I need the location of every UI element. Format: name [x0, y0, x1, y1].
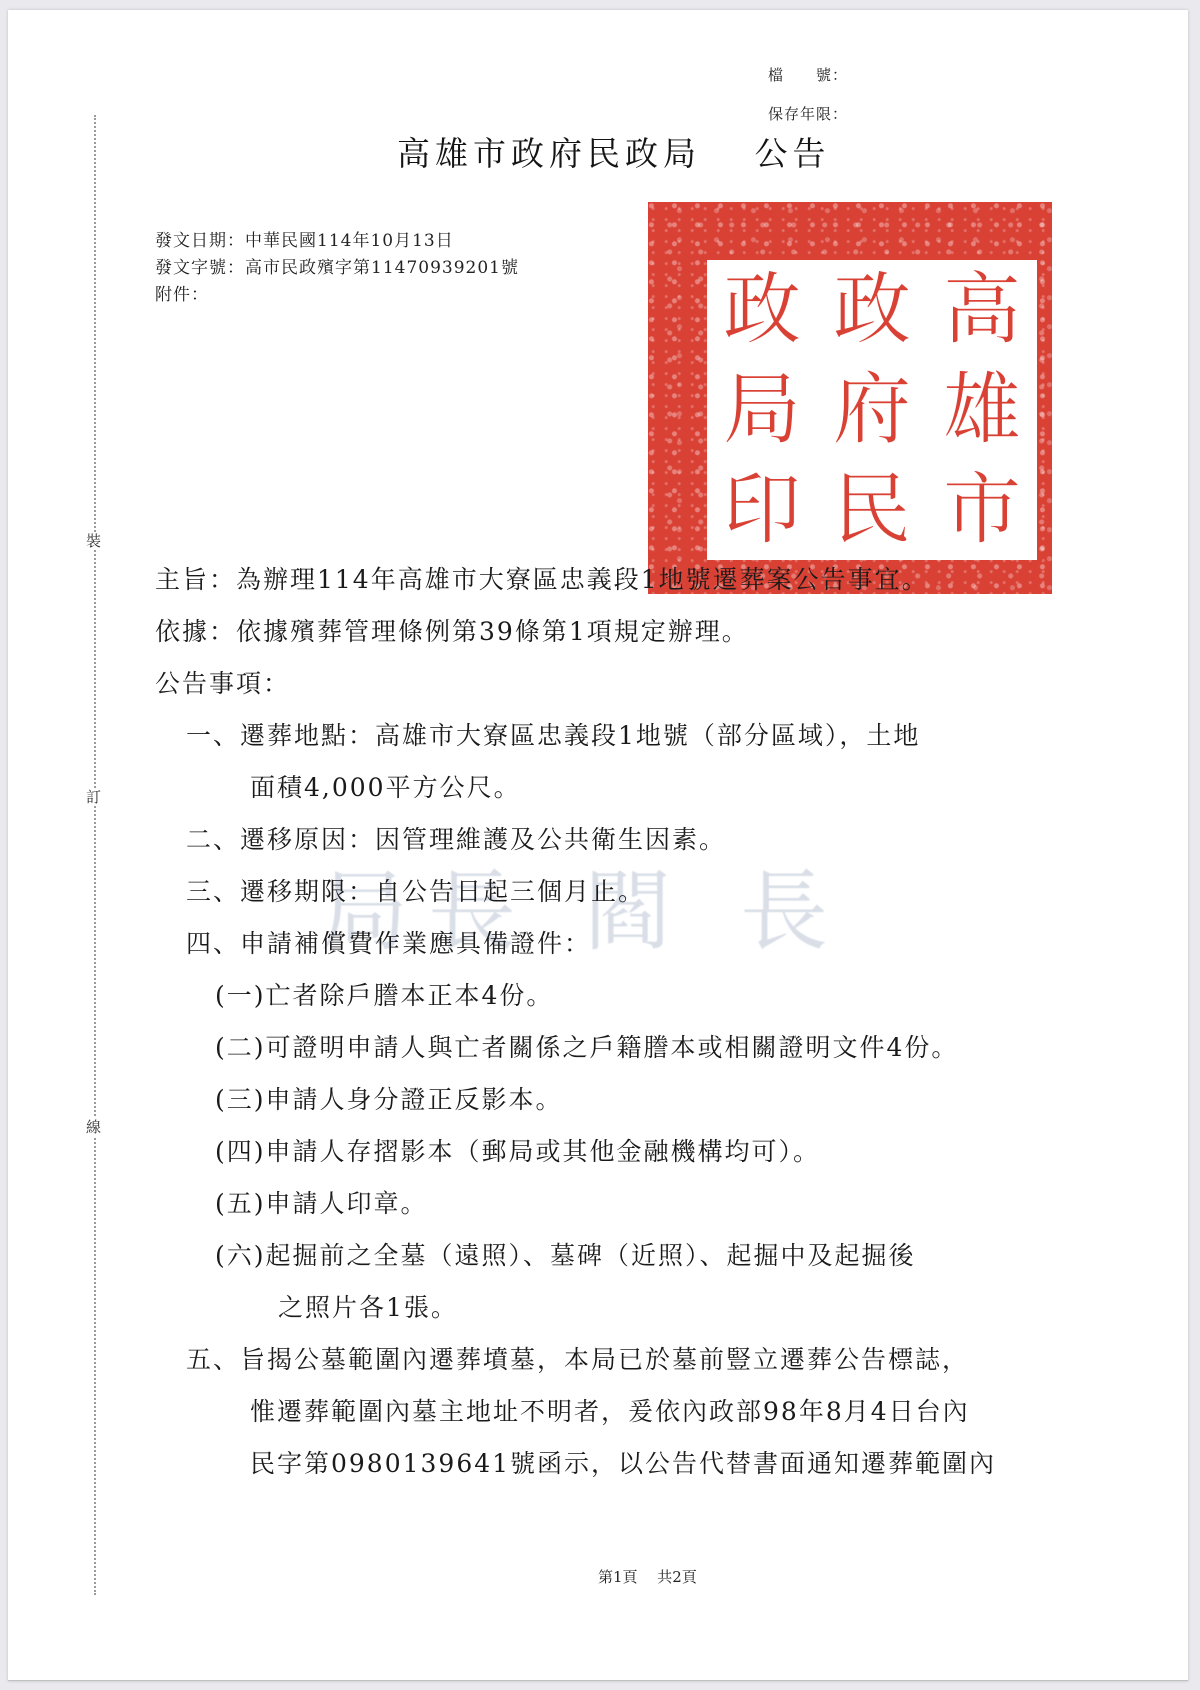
item-4: 四、申請補償費作業應具備證件：: [186, 924, 591, 960]
seal-character: 局: [707, 360, 817, 460]
seal-character: 政: [707, 260, 817, 360]
item-5-line-3: 民字第0980139641號函示，以公告代替書面通知遷葬範圍內: [250, 1444, 996, 1480]
subitem-4: (四)申請人存摺影本（郵局或其他金融機構均可）。: [215, 1132, 820, 1168]
subitem-6-line-1: (六)起掘前之全墓（遠照）、墓碑（近照）、起掘中及起掘後: [215, 1236, 916, 1272]
item-5-line-2: 惟遷葬範圍內墓主地址不明者，爰依內政部98年8月4日台內: [250, 1392, 970, 1428]
page-number: 第1頁 共2頁: [598, 1566, 697, 1587]
seal-character: 政: [817, 260, 927, 360]
seal-character: 府: [817, 360, 927, 460]
item-5-line-1: 五、旨揭公墓範圍內遷葬墳墓，本局已於墓前豎立遷葬公告標誌，: [186, 1340, 969, 1376]
subitem-6-line-2: 之照片各1張。: [278, 1288, 458, 1324]
attachment-label: 附件：: [155, 280, 209, 305]
file-number-label: 檔 號：: [768, 64, 848, 85]
issue-date: 發文日期：中華民國114年10月13日: [155, 226, 454, 251]
retention-period-label: 保存年限：: [768, 103, 848, 124]
item-1-line-2: 面積4,000平方公尺。: [250, 768, 521, 804]
binding-label-line: 線: [86, 1118, 101, 1136]
seal-inner-panel: 高 雄 市 政 府 民 政 局 印: [707, 260, 1037, 560]
item-2: 二、遷移原因：因管理維護及公共衛生因素。: [186, 820, 726, 856]
subject-line: 主旨：為辦理114年高雄市大寮區忠義段1地號遷葬案公告事宜。: [155, 560, 929, 596]
seal-character: 民: [817, 460, 927, 560]
item-1-line-1: 一、遷葬地點：高雄市大寮區忠義段1地號（部分區域），土地: [186, 716, 920, 752]
basis-line: 依據：依據殯葬管理條例第39條第1項規定辦理。: [155, 612, 749, 648]
issue-number: 發文字號：高市民政殯字第11470939201號: [155, 253, 519, 278]
official-seal: 高 雄 市 政 府 民 政 局 印: [648, 202, 1052, 594]
binding-label-staple: 訂: [86, 788, 101, 806]
binding-label-bind: 裝: [86, 532, 101, 550]
binding-dotted-line: [94, 115, 96, 1595]
page-title: 高雄市政府民政局 公告: [397, 128, 831, 175]
subitem-2: (二)可證明申請人與亡者關係之戶籍謄本或相關證明文件4份。: [215, 1028, 958, 1064]
seal-character: 市: [927, 460, 1037, 560]
announcement-heading: 公告事項：: [155, 664, 290, 700]
item-3: 三、遷移期限：自公告日起三個月止。: [186, 872, 645, 908]
seal-character: 雄: [927, 360, 1037, 460]
subitem-5: (五)申請人印章。: [215, 1184, 428, 1220]
seal-character: 高: [927, 260, 1037, 360]
seal-character: 印: [707, 460, 817, 560]
subitem-3: (三)申請人身分證正反影本。: [215, 1080, 563, 1116]
subitem-1: (一)亡者除戶謄本正本4份。: [215, 976, 553, 1012]
